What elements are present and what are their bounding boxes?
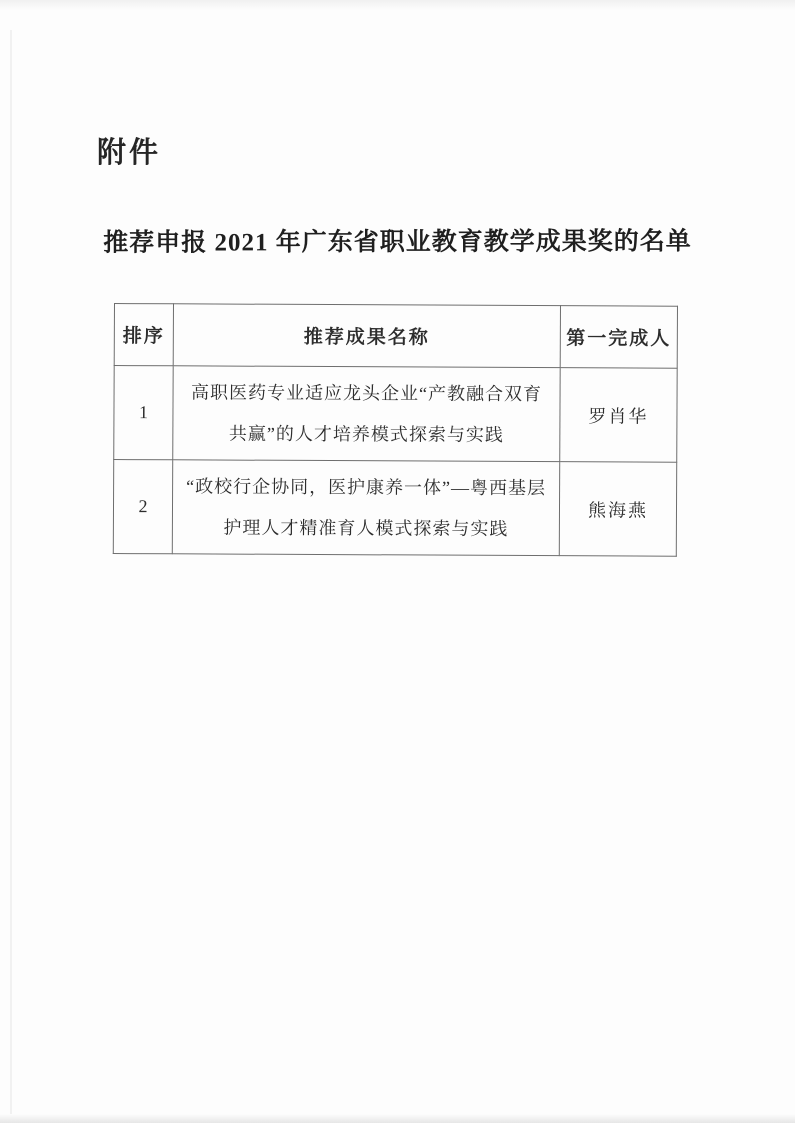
- first-author-cell: 熊海燕: [559, 462, 676, 557]
- column-header-rank: 排序: [114, 304, 173, 366]
- column-header-first-author: 第一完成人: [560, 306, 677, 369]
- column-header-achievement-name: 推荐成果名称: [173, 304, 560, 368]
- achievement-name-cell: 高职医药专业适应龙头企业“产教融合双育共赢”的人才培养模式探索与实践: [173, 366, 560, 462]
- rank-cell: 1: [114, 366, 173, 460]
- achievement-name-cell: “政校行企协同，医护康养一体”—粤西基层护理人才精准育人模式探索与实践: [172, 460, 559, 556]
- attachment-label: 附件: [97, 130, 161, 171]
- rank-cell: 2: [113, 460, 172, 554]
- first-author-cell: 罗肖华: [560, 368, 677, 463]
- awards-table-header: 排序 推荐成果名称 第一完成人: [114, 304, 677, 369]
- header-row: 排序 推荐成果名称 第一完成人: [114, 304, 677, 369]
- scan-artifact-bottom-edge: [0, 1114, 795, 1123]
- scan-artifact-top-edge: [0, 0, 795, 10]
- awards-table: 排序 推荐成果名称 第一完成人 1 高职医药专业适应龙头企业“产教融合双育共赢”…: [113, 303, 678, 557]
- table-row: 1 高职医药专业适应龙头企业“产教融合双育共赢”的人才培养模式探索与实践 罗肖华: [114, 366, 677, 463]
- table-row: 2 “政校行企协同，医护康养一体”—粤西基层护理人才精准育人模式探索与实践 熊海…: [113, 460, 676, 557]
- awards-table-body: 1 高职医药专业适应龙头企业“产教融合双育共赢”的人才培养模式探索与实践 罗肖华…: [113, 366, 677, 557]
- scan-artifact-left-edge: [10, 30, 12, 1115]
- document-title: 推荐申报 2021 年广东省职业教育教学成果奖的名单: [0, 221, 795, 259]
- document-page: 附件 推荐申报 2021 年广东省职业教育教学成果奖的名单 排序 推荐成果名称 …: [0, 0, 795, 1123]
